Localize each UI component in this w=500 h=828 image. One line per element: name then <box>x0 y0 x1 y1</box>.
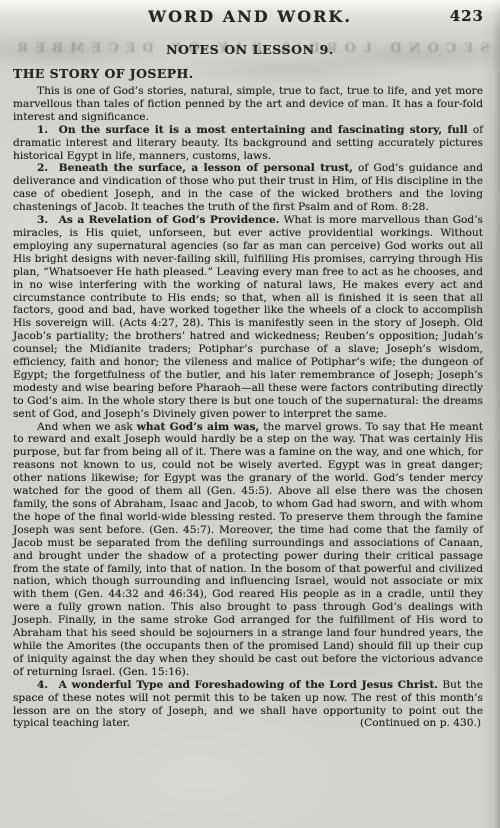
text-segment: This is one of God’s stories, natural, s… <box>13 85 483 123</box>
paragraph: This is one of God’s stories, natural, s… <box>13 85 483 124</box>
page-number: 423 <box>450 7 484 25</box>
text-segment: the marvel grows. To say that He meant t… <box>13 421 483 678</box>
text-segment: What is more marvellous than God’s mirac… <box>13 214 483 420</box>
scanned-page: SECOND LORD'S DAY OF DECEMBER WORD AND W… <box>0 0 500 828</box>
bold-text-segment: 1. On the surface it is a most entertain… <box>37 124 468 136</box>
paragraph: 3. As a Revelation of God’s Providence. … <box>13 214 483 421</box>
lesson-heading: NOTES ON LESSON 9. <box>0 42 500 57</box>
journal-title: WORD AND WORK. <box>148 7 352 26</box>
bold-text-segment: 3. As a Revelation of God’s Providence. <box>37 214 279 226</box>
paragraph: 1. On the surface it is a most entertain… <box>13 124 483 163</box>
paragraph: And when we ask what God’s aim was, the … <box>13 421 483 679</box>
article-body: This is one of God’s stories, natural, s… <box>13 85 483 730</box>
bold-text-segment: what God’s aim was, <box>137 421 259 433</box>
bold-text-segment: 2. Beneath the surface, a lesson of pers… <box>37 162 353 174</box>
article: THE STORY OF JOSEPH. This is one of God’… <box>0 66 500 730</box>
masthead: WORD AND WORK. 423 <box>0 0 500 31</box>
text-segment: And when we ask <box>37 421 137 433</box>
bold-text-segment: 4. A wonderful Type and Foreshadowing of… <box>37 679 438 691</box>
paragraph: 2. Beneath the surface, a lesson of pers… <box>13 162 483 214</box>
article-title: THE STORY OF JOSEPH. <box>13 66 483 81</box>
